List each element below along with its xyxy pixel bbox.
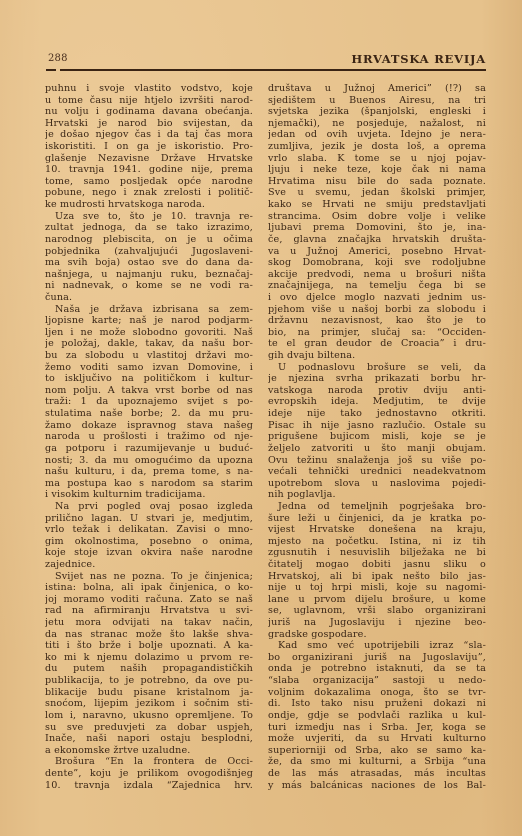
text-line: Hrvatski je narod bio svijestan, da	[45, 118, 253, 130]
text-line: zumljiva, jezik je dosta loš, a oprema	[268, 141, 486, 153]
text-line: šure leži u činjenici, da je kratka po-	[268, 513, 486, 525]
text-line: skog Domobrana, koji sve rodoljubne	[268, 257, 486, 269]
text-line: di. Isto tako nisu pruženi dokazi ni	[268, 698, 486, 710]
text-line: nosti; 3. da mu omogućimo da upozna	[45, 455, 253, 467]
text-line: ga potporu i razumijevanje u buduć-	[45, 443, 253, 455]
text-line: vrlo slaba. K tome se u njoj pojav-	[268, 153, 486, 165]
text-line: vrlo težak i delikatan. Zavisi o mno-	[45, 524, 253, 536]
left-text-column: puhnu i svoje vlastito vodstvo, kojeu to…	[45, 83, 253, 791]
text-line: njemački), ne posjeduje, nažalost, ni	[268, 118, 486, 130]
text-line: pobune, nego i znak zrelosti i politič-	[45, 187, 253, 199]
text-line: je položaj, dakle, takav, da našu bor-	[45, 338, 253, 350]
text-line: zgusnutih i nesuvislih bilježaka ne bi	[268, 547, 486, 559]
text-line: nih poglavlja.	[268, 489, 486, 501]
text-line: našnjega, u najmanju ruku, beznačaj-	[45, 269, 253, 281]
text-line: Inače, naši napori ostaju besplodni,	[45, 733, 253, 745]
text-line: ljen i ne može slobodno govoriti. Naš	[45, 327, 253, 339]
text-line: upotrebom slova u naslovima pojedi-	[268, 478, 486, 490]
text-line: mjesto na početku. Istina, ni iz tih	[268, 536, 486, 548]
text-line: snoćom, lijepim jezikom i sočnim sti-	[45, 698, 253, 710]
text-line: ke mudrosti hrvatskoga naroda.	[45, 199, 253, 211]
text-line: Brošura “En la frontera de Occi-	[45, 756, 253, 768]
text-line: ma svih boja) ostao sve do dana da-	[45, 257, 253, 269]
text-line: blikacije budu pisane kristalnom ja-	[45, 687, 253, 699]
text-line: du putem naših propagandističkih	[45, 663, 253, 675]
text-line: čuna.	[45, 292, 253, 304]
document-page: 288 HRVATSKA REVIJA puhnu i svoje vlasti…	[0, 0, 522, 836]
text-line: superiorniji od Srba, ako se samo ka-	[268, 745, 486, 757]
text-line: jetu mora odvijati na takav način,	[45, 617, 253, 629]
text-line: većali tehnički urednici neadekvatnom	[268, 466, 486, 478]
text-line: rad na afirmiranju Hrvatstva u svi-	[45, 605, 253, 617]
text-line: gih dvaju biltena.	[268, 350, 486, 362]
text-line: kako se Hrvati ne smiju predstavljati	[268, 199, 486, 211]
text-line: državnu nezavisnost, kao što je to	[268, 315, 486, 327]
text-line: publikacija, to je potrebno, da ove pu-	[45, 675, 253, 687]
text-line: iskoristiti. I on ga je iskoristio. Pro-	[45, 141, 253, 153]
text-line: nu volju i godinama davana obećanja.	[45, 106, 253, 118]
text-line: Uza sve to, što je 10. travnja re-	[45, 211, 253, 223]
text-line: to isključivo na političkom i kultur-	[45, 373, 253, 385]
text-line: vatskoga naroda protiv dviju anti-	[268, 385, 486, 397]
right-text-column: društava u Južnoj Americi” (!?) sasjediš…	[268, 83, 486, 791]
text-line: 10. travnja 1941. godine nije, prema	[45, 164, 253, 176]
text-line: te el gran deudor de Croacia” i dru-	[268, 338, 486, 350]
text-line: strancima. Osim dobre volje i velike	[268, 211, 486, 223]
text-line: nije u toj hrpi misli, koje su nagomi-	[268, 582, 486, 594]
text-line: titi i što brže i bolje upoznati. A ka-	[45, 640, 253, 652]
running-header: 288 HRVATSKA REVIJA	[46, 51, 486, 67]
text-line: prilično lagan. U stvari je, medjutim,	[45, 513, 253, 525]
text-line: željelo zatvoriti u što manji obujam.	[268, 443, 486, 455]
text-line: značajnijega, na temelju čega bi se	[268, 280, 486, 292]
text-line: pobjednika (zahvaljujući Jugoslaveni-	[45, 246, 253, 258]
text-line: istina: bolna, ali ipak činjenica, o ko-	[45, 582, 253, 594]
text-line: onda je potrebno istaknuti, da se ta	[268, 663, 486, 675]
text-line: žemo voditi samo izvan Domovine, i	[45, 362, 253, 374]
text-line: Hrvatskoj, ali bi ipak nešto bilo jas-	[268, 571, 486, 583]
text-line: y más balcánicas naciones de los Bal-	[268, 780, 486, 792]
text-line: ni nadnevak, o kome se ne vodi ra-	[45, 280, 253, 292]
text-line: nom polju. A takva vrst borbe od nas	[45, 385, 253, 397]
text-line: u tome času nije htjelo izvršiti narod-	[45, 95, 253, 107]
text-line: va u Južnoj Americi, posebno Hrvat-	[268, 246, 486, 258]
text-line: 10. travnja izdala “Zajednica hrv.	[45, 780, 253, 792]
header-rule-short	[46, 69, 56, 71]
text-line: ma postupa kao s narodom sa starim	[45, 478, 253, 490]
text-line: da nas stranac može što lakše shva-	[45, 629, 253, 641]
text-line: de las más atrasadas, más incultas	[268, 768, 486, 780]
text-line: pjehom više u našoj borbi za slobodu i	[268, 304, 486, 316]
text-line: narodnog plebiscita, on je u očima	[45, 234, 253, 246]
text-line: turi izmedju nas i Srba. Jer, koga se	[268, 722, 486, 734]
text-line: sjedištem u Buenos Airesu, na tri	[268, 95, 486, 107]
text-line: žamo dokaze ispravnog stava našeg	[45, 420, 253, 432]
text-line: čitatelj mogao dobiti jasnu sliku o	[268, 559, 486, 571]
text-line: Naša je država izbrisana sa zem-	[45, 304, 253, 316]
text-line: Na prvi pogled ovaj posao izgleda	[45, 501, 253, 513]
text-line: lane u prvom dijelu brošure, u kome	[268, 594, 486, 606]
text-line: ko mi k njemu dolazimo u prvom re-	[45, 652, 253, 664]
text-line: gradske gospodare.	[268, 629, 486, 641]
text-line: glašenje Nezavisne Države Hrvatske	[45, 153, 253, 165]
text-line: voljnim dokazalima onoga, što se tvr-	[268, 687, 486, 699]
text-line: naroda u prošlosti i tražimo od nje-	[45, 431, 253, 443]
journal-title: HRVATSKA REVIJA	[351, 52, 486, 66]
text-line: “slaba organizacija” sastoji u nedo-	[268, 675, 486, 687]
text-line: bo organizirani juriš na Jugoslaviju”,	[268, 652, 486, 664]
text-line: bio, na primjer, slučaj sa: “Occiden-	[268, 327, 486, 339]
text-line: vijest Hrvatske donešena na kraju,	[268, 524, 486, 536]
text-line: tome, samo posljedak opće narodne	[45, 176, 253, 188]
text-line: društava u Južnoj Americi” (!?) sa	[268, 83, 486, 95]
text-line: ljuju i neke teze, koje čak ni nama	[268, 164, 486, 176]
text-line: našu kulturu, i da, prema tome, s na-	[45, 466, 253, 478]
text-line: če, glavna značajka hrvatskih društa-	[268, 234, 486, 246]
text-line: akcije predvodi, nema u brošuri ništa	[268, 269, 486, 281]
text-line: Ovu težinu snalaženja još su više po-	[268, 455, 486, 467]
text-line: evropskih ideja. Medjutim, te dvije	[268, 396, 486, 408]
text-line: koje stoje izvan okvira naše narodne	[45, 547, 253, 559]
text-line: i ovo djelce moglo nazvati jednim us-	[268, 292, 486, 304]
text-line: gim okolnostima, posebno o onima,	[45, 536, 253, 548]
text-line: je došao njegov čas i da taj čas mora	[45, 129, 253, 141]
text-line: dente”, koju je prilikom ovogodišnjeg	[45, 768, 253, 780]
text-line: zajednice.	[45, 559, 253, 571]
text-line: jedan od ovih uvjeta. Idejno je nera-	[268, 129, 486, 141]
text-line: U podnaslovu brošure se veli, da	[268, 362, 486, 374]
text-line: zultat jednoga, da se tako izrazimo,	[45, 222, 253, 234]
text-line: Sve u svemu, jedan školski primjer,	[268, 187, 486, 199]
text-line: može uvjeriti, da su Hrvati kulturno	[268, 733, 486, 745]
text-line: Hrvatima nisu bile do sada poznate.	[268, 176, 486, 188]
text-line: ljubavi prema Domovini, što je, ina-	[268, 222, 486, 234]
page-number: 288	[48, 53, 68, 64]
text-line: juriš na Jugoslaviju i njezine beo-	[268, 617, 486, 629]
text-line: Kad smo već upotrijebili izraz “sla-	[268, 640, 486, 652]
text-line: že, da smo mi kulturni, a Srbija “una	[268, 756, 486, 768]
text-line: bu za slobodu u vlastitoj državi mo-	[45, 350, 253, 362]
text-line: Pisac ih nije jasno razlučio. Ostale su	[268, 420, 486, 432]
text-line: ljopisne karte; naš je narod podjarm-	[45, 315, 253, 327]
text-line: stulatima naše borbe; 2. da mu pru-	[45, 408, 253, 420]
text-line: su sve preduvjeti za dobar uspjeh,	[45, 722, 253, 734]
text-line: lom i, naravno, ukusno opremljene. To	[45, 710, 253, 722]
text-line: traži: 1 da upoznajemo svijet s po-	[45, 396, 253, 408]
text-line: ideje nije tako jednostavno otkriti.	[268, 408, 486, 420]
text-line: svjetska jezika (španjolski, engleski i	[268, 106, 486, 118]
text-line: je njezina svrha prikazati borbu hr-	[268, 373, 486, 385]
text-line: ondje, gdje se podvlači razlika u kul-	[268, 710, 486, 722]
text-line: se, uglavnom, vrši slabo organizirani	[268, 605, 486, 617]
text-line: a ekonomske žrtve uzaludne.	[45, 745, 253, 757]
text-line: prigušene bujicom misli, koje se je	[268, 431, 486, 443]
header-rule	[60, 69, 486, 71]
text-line: Jedna od temeljnih pogrješaka bro-	[268, 501, 486, 513]
text-line: puhnu i svoje vlastito vodstvo, koje	[45, 83, 253, 95]
text-line: joj moramo voditi računa. Zato se naš	[45, 594, 253, 606]
text-line: Svijet nas ne pozna. To je činjenica;	[45, 571, 253, 583]
text-line: i visokim kulturnim tradicijama.	[45, 489, 253, 501]
